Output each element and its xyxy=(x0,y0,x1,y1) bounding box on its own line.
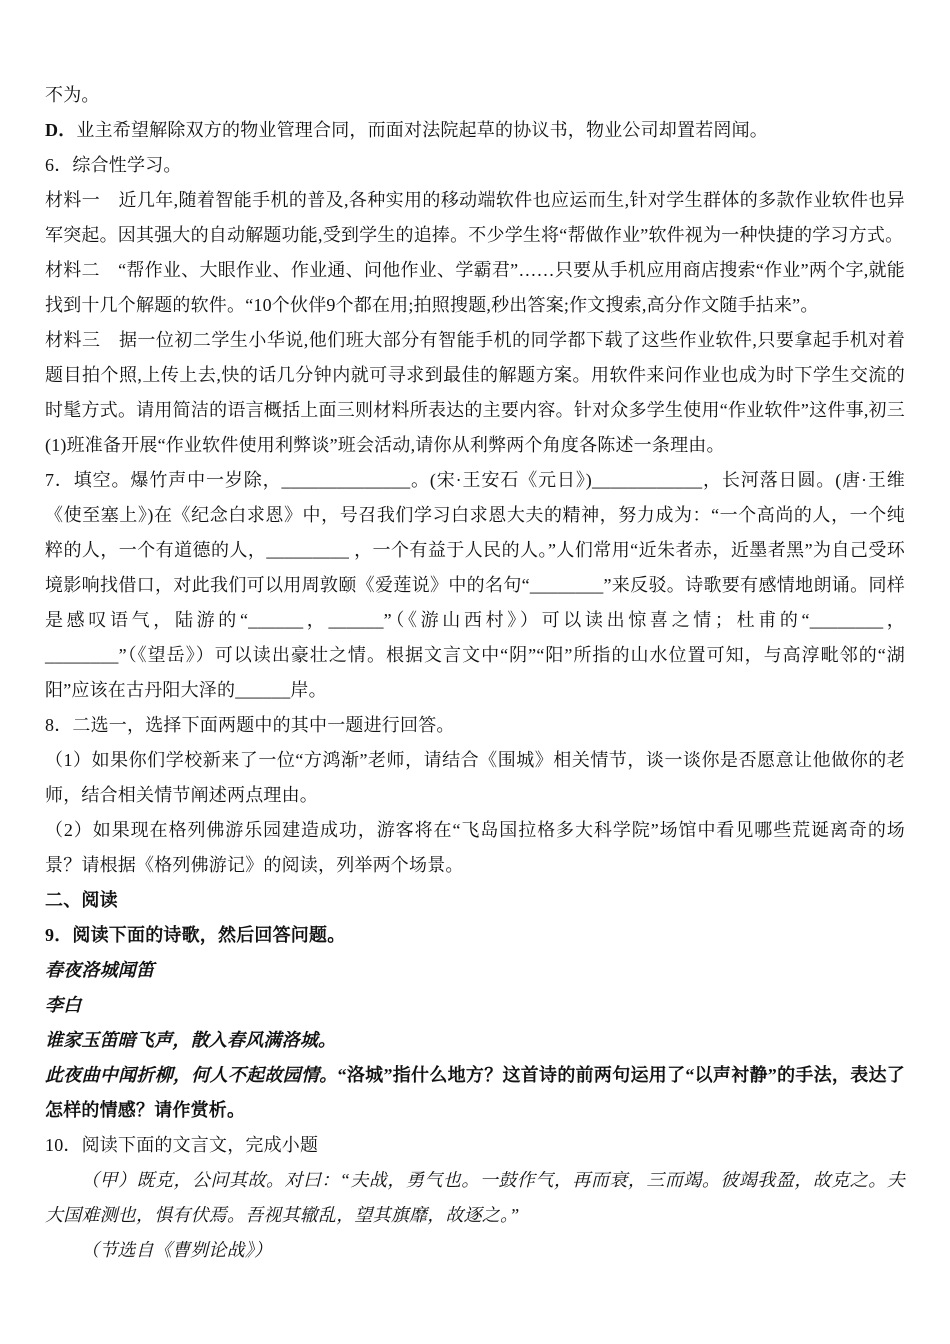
classical-passage-jia: （甲）既克，公问其故。对曰：“夫战，勇气也。一鼓作气，再而衰，三而竭。彼竭我盈，… xyxy=(45,1163,905,1233)
material-2: 材料二 “帮作业、大眼作业、作业通、问他作业、学霸君”……只要从手机应用商店搜索… xyxy=(45,253,905,323)
poem-line-2-with-question: 此夜曲中闻折柳，何人不起故园情。“洛城”指什么地方？这首诗的前两句运用了“以声衬… xyxy=(45,1058,905,1128)
poem-line-2: 此夜曲中闻折柳，何人不起故园情。 xyxy=(45,1065,338,1085)
poem-line-1: 谁家玉笛暗飞声，散入春风满洛城。 xyxy=(45,1023,905,1058)
option-d-marker: D． xyxy=(45,120,76,140)
material-1: 材料一 近几年,随着智能手机的普及,各种实用的移动端软件也应运而生,针对学生群体… xyxy=(45,183,905,253)
question-6-heading: 6．综合性学习。 xyxy=(45,148,905,183)
question-9-heading: 9．阅读下面的诗歌，然后回答问题。 xyxy=(45,918,905,953)
question-8-heading: 8．二选一，选择下面两题中的其中一题进行回答。 xyxy=(45,708,905,743)
question-7-fill-blanks: 7．填空。爆竹声中一岁除，______________。(宋·王安石《元日》)_… xyxy=(45,463,905,708)
material-3: 材料三 据一位初二学生小华说,他们班大部分有智能手机的同学都下载了这些作业软件,… xyxy=(45,323,905,463)
exam-document-page: 不为。 D．业主希望解除双方的物业管理合同，而面对法院起草的协议书，物业公司却置… xyxy=(0,0,950,1344)
option-d-text: 业主希望解除双方的物业管理合同，而面对法院起草的协议书，物业公司却置若罔闻。 xyxy=(76,120,768,140)
question-8-option-1: （1）如果你们学校新来了一位“方鸿渐”老师，请结合《围城》相关情节，谈一谈你是否… xyxy=(45,743,905,813)
section-2-heading: 二、阅读 xyxy=(45,883,905,918)
carryover-text: 不为。 xyxy=(45,78,905,113)
passage-source: （节选自《曹刿论战》） xyxy=(45,1233,905,1268)
question-8-option-2: （2）如果现在格列佛游乐园建造成功，游客将在“飞岛国拉格多大科学院”场馆中看见哪… xyxy=(45,813,905,883)
question-10-heading: 10．阅读下面的文言文，完成小题 xyxy=(45,1128,905,1163)
option-d: D．业主希望解除双方的物业管理合同，而面对法院起草的协议书，物业公司却置若罔闻。 xyxy=(45,113,905,148)
poem-author: 李白 xyxy=(45,988,905,1023)
poem-title: 春夜洛城闻笛 xyxy=(45,953,905,988)
